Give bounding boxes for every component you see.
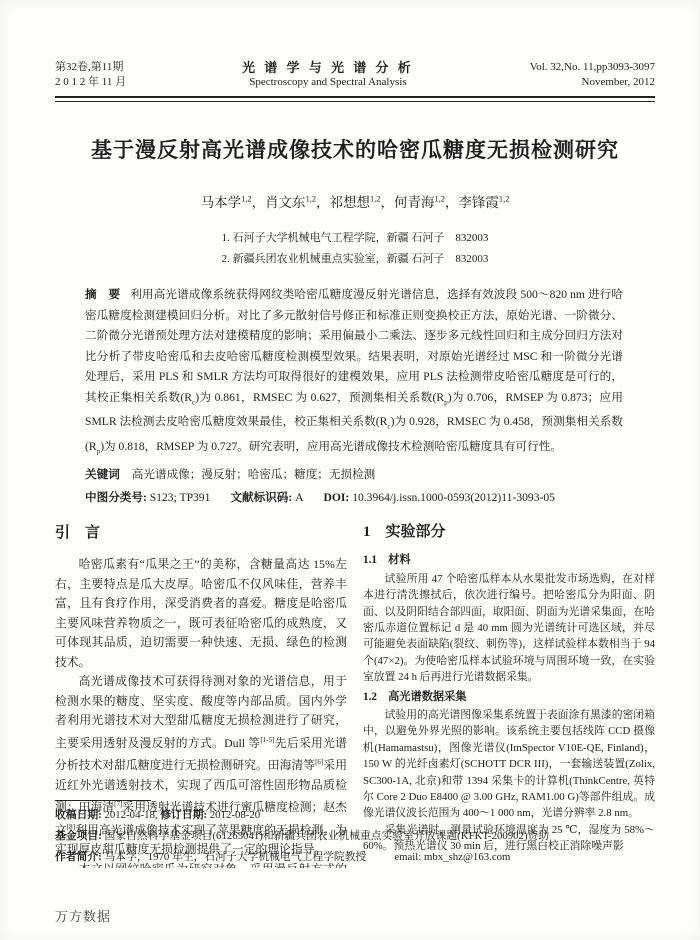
wanfang-watermark: 万方数据 (55, 906, 111, 925)
keywords-label: 关键词 (85, 468, 120, 481)
experiment-heading: 1 实验部分 (363, 524, 655, 540)
footnote-divider (55, 800, 151, 801)
abstract-text: 利用高光谱成像系统获得网纹类哈密瓜糖度漫反射光谱信息，选择有效波段 500～82… (85, 288, 623, 453)
volume-issue-cn: 第32卷,第11期 (55, 60, 126, 75)
header-divider (55, 96, 655, 102)
journal-name-cn: 光 谱 学 与 光 谱 分 析 (126, 60, 530, 75)
revised-label: 修订日期: (160, 809, 209, 821)
bio-text: 马本学，1970 年生，石河子大学机械电气工程学院教授 (104, 851, 366, 863)
journal-header: 第32卷,第11期 2 0 1 2 年 11 月 光 谱 学 与 光 谱 分 析… (55, 60, 655, 90)
journal-name-en: Spectroscopy and Spectral Analysis (126, 75, 530, 90)
revised-date: 2012-08-20 (210, 809, 260, 821)
doc-code-label: 文献标识码: (230, 491, 295, 504)
acquisition-subheading: 1.2 高光谱数据采集 (363, 689, 655, 705)
footnote-fund-line: 基金项目: 国家自然科学基金项目(61263041)和新疆兵团农业机械重点实验室… (55, 826, 655, 847)
date-cn: 2 0 1 2 年 11 月 (55, 75, 126, 90)
fund-text: 国家自然科学基金项目(61263041)和新疆兵团农业机械重点实验室开放课题(K… (104, 830, 549, 842)
intro-heading: 引 言 (55, 524, 347, 544)
footnote-bio-line: 作者简介: 马本学，1970 年生，石河子大学机械电气工程学院教授email: … (55, 847, 655, 868)
header-left-block: 第32卷,第11期 2 0 1 2 年 11 月 (55, 60, 126, 90)
materials-subheading: 1.1 材料 (363, 552, 655, 568)
date-en: November, 2012 (530, 75, 655, 90)
affiliation-2: 2. 新疆兵团农业机械重点实验室，新疆 石河子 832003 (55, 249, 655, 270)
volume-issue-en: Vol. 32,No. 11,pp3093-3097 (530, 60, 655, 75)
journal-page: 第32卷,第11期 2 0 1 2 年 11 月 光 谱 学 与 光 谱 分 析… (0, 0, 700, 940)
doc-code-value: A (295, 491, 303, 504)
bio-label: 作者简介: (55, 851, 104, 863)
received-date: 2012-04-18, (104, 809, 160, 821)
keywords-text: 高光谱成像；漫反射；哈密瓜；糖度；无损检测 (132, 468, 375, 481)
author-email: email: mbx_shz@163.com (394, 851, 510, 863)
doi-value: 10.3964/j.issn.1000-0593(2012)11-3093-05 (352, 491, 555, 504)
clc-label: 中图分类号: (85, 491, 150, 504)
abstract-block: 摘 要利用高光谱成像系统获得网纹类哈密瓜糖度漫反射光谱信息，选择有效波段 500… (85, 285, 623, 462)
footnote-block: 收稿日期: 2012-04-18, 修订日期: 2012-08-20 基金项目:… (55, 800, 655, 868)
clc-value: S123; TP391 (150, 491, 211, 504)
article-title: 基于漫反射高光谱成像技术的哈密瓜糖度无损检测研究 (55, 134, 655, 164)
received-label: 收稿日期: (55, 809, 104, 821)
doi-label: DOI: (324, 491, 353, 504)
meta-line: 中图分类号: S123; TP391文献标识码: ADOI: 10.3964/j… (85, 488, 623, 508)
abstract-label: 摘 要 (85, 288, 120, 301)
header-center-block: 光 谱 学 与 光 谱 分 析 Spectroscopy and Spectra… (126, 60, 530, 90)
fund-label: 基金项目: (55, 830, 104, 842)
footnote-dates-line: 收稿日期: 2012-04-18, 修订日期: 2012-08-20 (55, 805, 655, 826)
materials-paragraph: 试验所用 47 个哈密瓜样本从水果批发市场选购，在对样本进行清洗擦拭后，依次进行… (363, 571, 655, 686)
affiliation-1: 1. 石河子大学机械电气工程学院，新疆 石河子 832003 (55, 228, 655, 249)
header-right-block: Vol. 32,No. 11,pp3093-3097 November, 201… (530, 60, 655, 90)
affiliation-list: 1. 石河子大学机械电气工程学院，新疆 石河子 832003 2. 新疆兵团农业… (55, 228, 655, 270)
keywords-line: 关键词高光谱成像；漫反射；哈密瓜；糖度；无损检测 (85, 465, 623, 485)
author-list: 马本学1,2，肖文东1,2，祁想想1,2，何青海1,2，李锋霞1,2 (55, 191, 655, 211)
intro-paragraph-1: 哈密瓜素有“瓜果之王”的美称，含糖量高达 15%左右，主要特点是瓜大皮厚。哈密瓜… (55, 555, 347, 672)
